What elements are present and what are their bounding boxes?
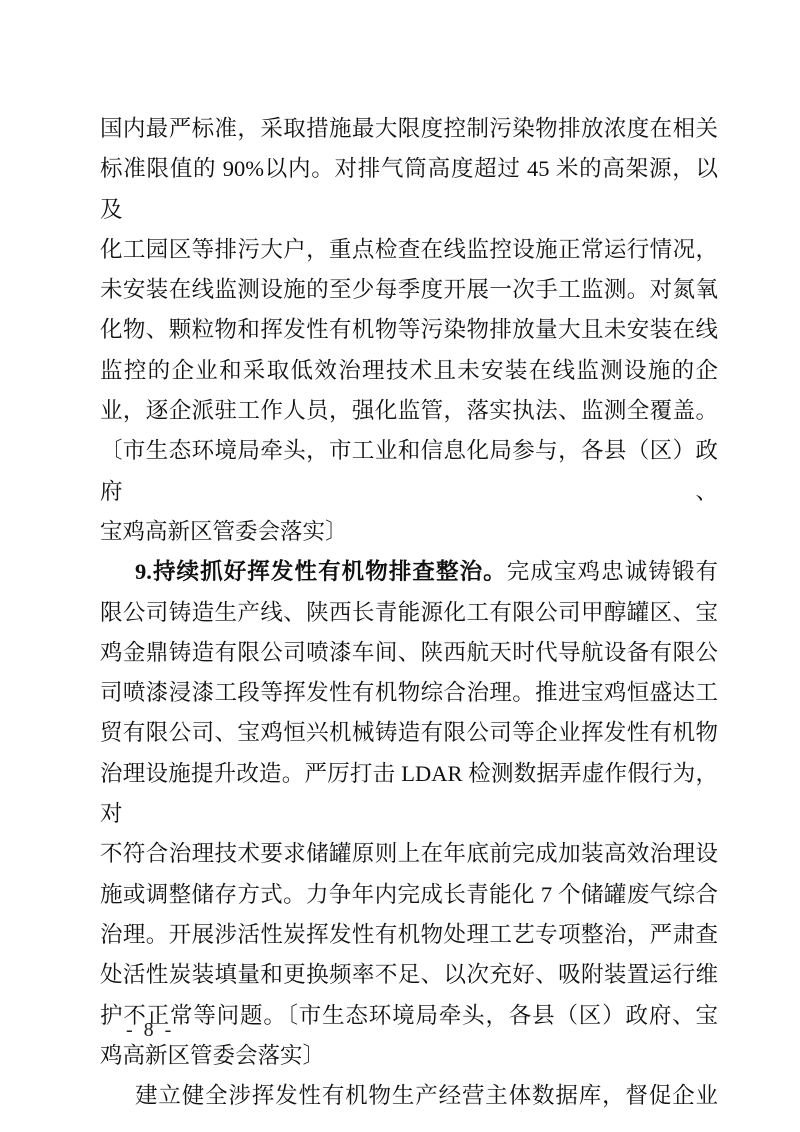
text-line: 限公司铸造生产线、陕西长青能源化工有限公司甲醇罐区、宝 [100, 593, 718, 633]
text-line: 国内最严标准，采取措施最大限度控制污染物排放浓度在相关 [100, 109, 718, 149]
text-line: 鸡金鼎铸造有限公司喷漆车间、陕西航天时代导航设备有限公 [100, 633, 718, 673]
text-line: 化物、颗粒物和挥发性有机物等污染物排放量大且未安装在线 [100, 310, 718, 350]
text-line: 贸有限公司、宝鸡恒兴机械铸造有限公司等企业挥发性有机物 [100, 713, 718, 753]
text-line: 宝鸡高新区管委会落实〕 [100, 512, 718, 552]
item-9-heading: 9.持续抓好挥发性有机物排查整治。 [135, 559, 507, 584]
text-run: 完成宝鸡忠诚铸锻有 [507, 559, 718, 584]
text-line: 治理设施提升改造。严厉打击 LDAR 检测数据弄虚作假行为，对 [100, 754, 718, 835]
page-number: - 8 - [126, 1019, 174, 1042]
text-line: 业，逐企派驻工作人员，强化监管，落实执法、监测全覆盖。 [100, 391, 718, 431]
text-line: 〔市生态环境局牵头，市工业和信息化局参与，各县（区）政府、 [100, 431, 718, 512]
text-line: 标准限值的 90%以内。对排气筒高度超过 45 米的高架源，以及 [100, 149, 718, 230]
text-line: 司喷漆浸漆工段等挥发性有机物综合治理。推进宝鸡恒盛达工 [100, 673, 718, 713]
text-line: 监控的企业和采取低效治理技术且未安装在线监测设施的企 [100, 351, 718, 391]
text-line: 处活性炭装填量和更换频率不足、以次充好、吸附装置运行维 [100, 955, 718, 995]
text-line: 9.持续抓好挥发性有机物排查整治。完成宝鸡忠诚铸锻有 [100, 552, 718, 592]
text-line: 护不正常等问题。〔市生态环境局牵头，各县（区）政府、宝 [100, 996, 718, 1036]
text-line: 建立健全涉挥发性有机物生产经营主体数据库，督促企业 [100, 1076, 718, 1116]
text-line: 不符合治理技术要求储罐原则上在年底前完成加装高效治理设 [100, 834, 718, 874]
text-line: 治理。开展涉活性炭挥发性有机物处理工艺专项整治，严肃查 [100, 915, 718, 955]
document-page: 国内最严标准，采取措施最大限度控制污染物排放浓度在相关 标准限值的 90%以内。… [0, 0, 800, 1132]
text-line: 施或调整储存方式。力争年内完成长青能化 7 个储罐废气综合 [100, 875, 718, 915]
text-line: 未安装在线监测设施的至少每季度开展一次手工监测。对氮氧 [100, 270, 718, 310]
document-body: 国内最严标准，采取措施最大限度控制污染物排放浓度在相关 标准限值的 90%以内。… [100, 109, 718, 1116]
text-line: 化工园区等排污大户，重点检查在线监控设施正常运行情况， [100, 230, 718, 270]
text-line: 鸡高新区管委会落实〕 [100, 1036, 718, 1076]
